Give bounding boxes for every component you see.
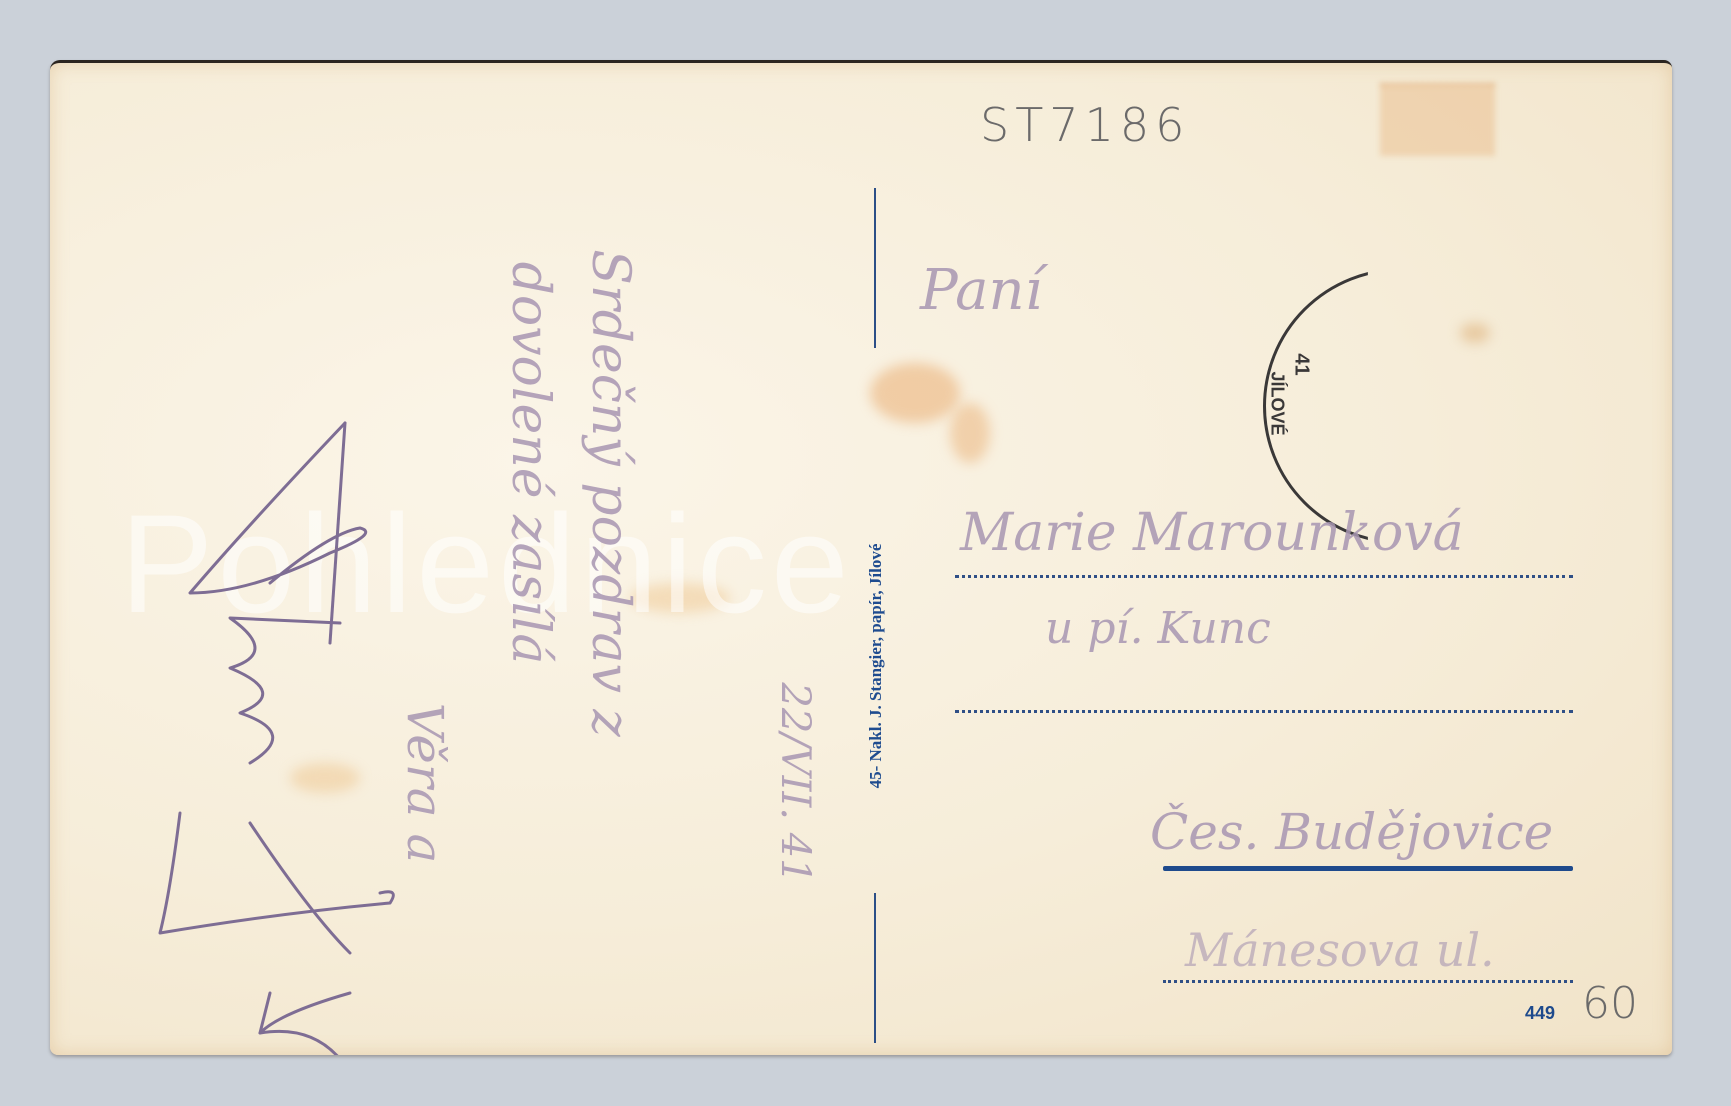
address-line-2: [955, 710, 1573, 713]
postmark-date: 41: [1290, 353, 1313, 375]
address-street: Mánesova ul.: [1185, 923, 1495, 977]
postcard: Pohlednice ST7186 45- Nakl. J. Stangier,…: [50, 60, 1672, 1055]
stamp-remnant-stain: [1380, 83, 1495, 156]
price-note: 60: [1582, 978, 1638, 1029]
message-line-1: Srdečný pozdrav z: [580, 249, 640, 737]
postmark-town: JÍLOVÉ: [1267, 371, 1288, 435]
divider-line-top: [874, 188, 876, 348]
address-salutation: Paní: [920, 258, 1043, 323]
stain: [1460, 323, 1490, 343]
message-line-2: dovolené zasílá: [500, 262, 560, 665]
date-handwritten: 22/VII. 41: [772, 682, 818, 883]
divider-line-bottom: [874, 893, 876, 1043]
stain: [950, 403, 990, 463]
signature: [130, 393, 430, 1055]
address-line-1: [955, 575, 1573, 578]
address-care-of: u pí. Kunc: [1045, 603, 1271, 654]
publisher-imprint: 45- Nakl. J. Stangier, papír, Jílové: [866, 544, 886, 789]
city-underline: [1163, 866, 1573, 871]
stain: [870, 363, 960, 423]
address-name: Marie Marounková: [960, 503, 1464, 563]
address-line-4: [1163, 980, 1573, 983]
card-number: 449: [1525, 1003, 1555, 1024]
inventory-code: ST7186: [980, 98, 1190, 152]
address-city: Čes. Budějovice: [1150, 803, 1553, 861]
